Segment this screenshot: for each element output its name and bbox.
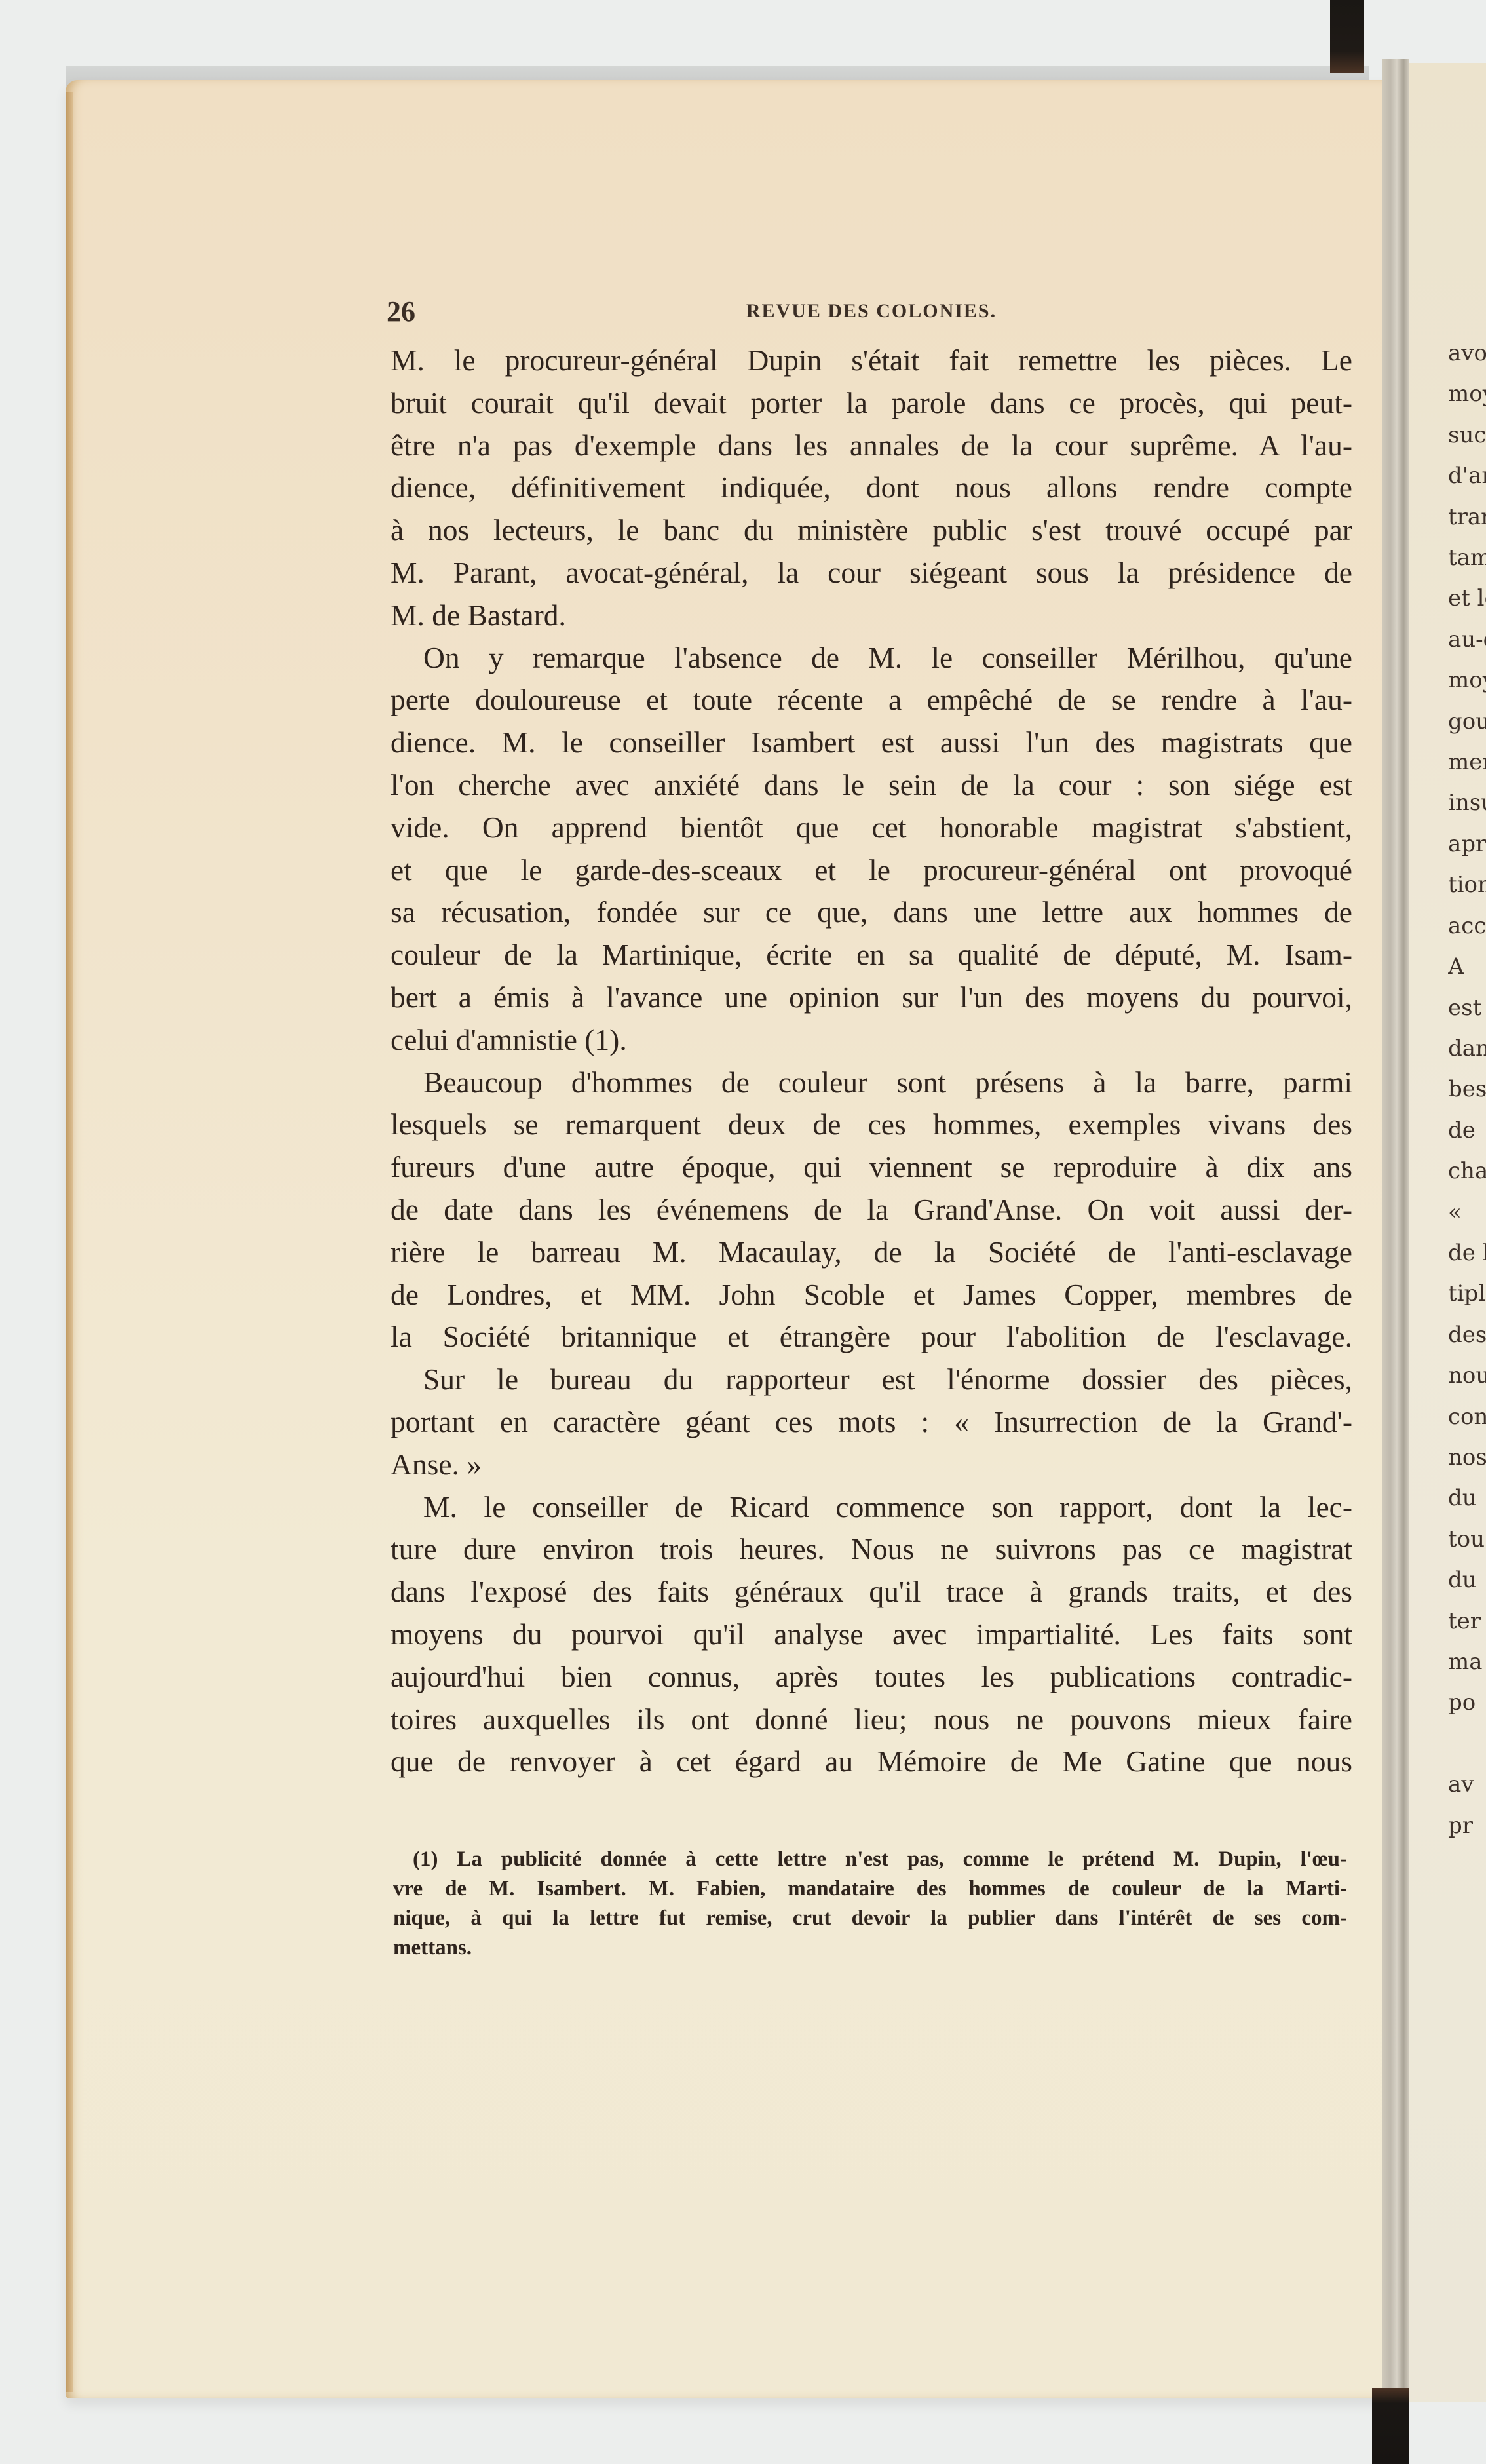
footnote-line: nique, à qui la lettre fut remise, crut … [393, 1904, 1347, 1933]
facing-page-fragment: bes [1448, 1069, 1486, 1109]
facing-page-fragment: pr [1448, 1805, 1486, 1846]
left-page-edge [66, 92, 73, 2392]
text-line: rière le barreau M. Macaulay, de la Soci… [391, 1231, 1352, 1274]
text-line: dience. M. le conseiller Isambert est au… [391, 722, 1352, 764]
text-line: vide. On apprend bientôt que cet honorab… [391, 807, 1352, 849]
facing-page-fragment: trans [1448, 497, 1486, 537]
footnote: (1) La publicité donnée à cette lettre n… [393, 1845, 1347, 1963]
facing-page-fragment: avons [1448, 333, 1486, 374]
facing-page-fragment: « [1448, 1192, 1486, 1233]
facing-page-fragment: dan [1448, 1028, 1486, 1069]
text-line: la Société britannique et étrangère pour… [391, 1316, 1352, 1358]
body-text: M. le procureur-général Dupin s'était fa… [391, 339, 1352, 1783]
text-line: fureurs d'une autre époque, qui viennent… [391, 1146, 1352, 1189]
facing-page-text: avonsmoyesuccind'amntranstammet lesau-dm… [1448, 333, 1486, 1846]
text-line: dans l'exposé des faits généraux qu'il t… [391, 1571, 1352, 1613]
text-line: M. le conseiller de Ricard commence son … [391, 1486, 1352, 1529]
facing-page-fragment: gouv [1448, 701, 1486, 742]
text-line: bert a émis à l'avance une opinion sur l… [391, 976, 1352, 1019]
book-clasp-bottom [1372, 2388, 1409, 2464]
facing-page-fragment: d'amn [1448, 455, 1486, 496]
facing-page-fragment: tou [1448, 1519, 1486, 1560]
facing-page-fragment: A [1448, 946, 1486, 987]
text-line: perte douloureuse et toute récente a emp… [391, 679, 1352, 722]
text-line: lesquels se remarquent deux de ces homme… [391, 1104, 1352, 1146]
text-line: ture dure environ trois heures. Nous ne … [391, 1528, 1352, 1571]
text-line: Anse. » [391, 1444, 1352, 1486]
text-line: dience, définitivement indiquée, dont no… [391, 467, 1352, 509]
text-line: M. Parant, avocat-général, la cour siége… [391, 552, 1352, 594]
text-line: moyens du pourvoi qu'il analyse avec imp… [391, 1613, 1352, 1656]
facing-page-fragment: de l [1448, 1233, 1486, 1273]
facing-page-fragment: av [1448, 1764, 1486, 1805]
text-line: que de renvoyer à cet égard au Mémoire d… [391, 1741, 1352, 1783]
text-line: Sur le bureau du rapporteur est l'énorme… [391, 1358, 1352, 1401]
text-line: toires auxquelles ils ont donné lieu; no… [391, 1699, 1352, 1741]
facing-page-fragment: tamm [1448, 537, 1486, 578]
facing-page-fragment: mens [1448, 742, 1486, 782]
facing-page-fragment: po [1448, 1682, 1486, 1723]
footnote-line: mettans. [393, 1933, 1347, 1963]
facing-page-fragment: cha [1448, 1151, 1486, 1191]
text-line: l'on cherche avec anxiété dans le sein d… [391, 764, 1352, 807]
facing-page-fragment: moye [1448, 374, 1486, 414]
facing-page-fragment: ter [1448, 1601, 1486, 1642]
facing-page-fragment: ma [1448, 1642, 1486, 1682]
facing-page-fragment: de [1448, 1110, 1486, 1151]
text-line: être n'a pas d'exemple dans les annales … [391, 425, 1352, 467]
text-line: M. le procureur-général Dupin s'était fa… [391, 339, 1352, 382]
text-line: couleur de la Martinique, écrite en sa q… [391, 934, 1352, 976]
facing-page-fragment: du [1448, 1478, 1486, 1518]
running-title: REVUE DES COLONIES. [387, 300, 1356, 322]
facing-page-fragment: au-d [1448, 619, 1486, 660]
text-line: portant en caractère géant ces mots : « … [391, 1401, 1352, 1444]
facing-page-fragment [1448, 1723, 1486, 1764]
text-line: de Londres, et MM. John Scoble et James … [391, 1274, 1352, 1317]
book-gutter [1382, 59, 1409, 2464]
facing-page-fragment: tipl [1448, 1273, 1486, 1314]
text-line: M. de Bastard. [391, 594, 1352, 637]
facing-page-fragment: tion [1448, 864, 1486, 905]
text-line: Beaucoup d'hommes de couleur sont présen… [391, 1062, 1352, 1104]
book-clasp-top [1330, 0, 1364, 73]
text-line: aujourd'hui bien connus, après toutes le… [391, 1656, 1352, 1699]
text-line: bruit courait qu'il devait porter la par… [391, 382, 1352, 425]
facing-page-fragment: nos [1448, 1437, 1486, 1478]
text-line: de date dans les événemens de la Grand'A… [391, 1189, 1352, 1231]
facing-page-fragment: nou [1448, 1355, 1486, 1396]
facing-page-fragment: moy [1448, 660, 1486, 701]
text-line: sa récusation, fondée sur ce que, dans u… [391, 891, 1352, 934]
facing-page-fragment: accu [1448, 906, 1486, 946]
text-line: On y remarque l'absence de M. le conseil… [391, 637, 1352, 680]
text-line: et que le garde-des-sceaux et le procure… [391, 849, 1352, 892]
facing-page-fragment: aprè [1448, 824, 1486, 864]
facing-page-fragment: con [1448, 1396, 1486, 1437]
footnote-line: vre de M. Isambert. M. Fabien, mandatair… [393, 1874, 1347, 1904]
page-header: 26 REVUE DES COLONIES. [387, 295, 1356, 321]
facing-page-fragment: succin [1448, 415, 1486, 455]
text-line: à nos lecteurs, le banc du ministère pub… [391, 509, 1352, 552]
facing-page-fragment: des [1448, 1315, 1486, 1355]
facing-page-fragment: est [1448, 988, 1486, 1028]
footnote-line: (1) La publicité donnée à cette lettre n… [393, 1845, 1347, 1874]
text-line: celui d'amnistie (1). [391, 1019, 1352, 1062]
facing-page-fragment: insur [1448, 782, 1486, 823]
facing-page-fragment: et les [1448, 578, 1486, 619]
facing-page-fragment: du [1448, 1560, 1486, 1600]
